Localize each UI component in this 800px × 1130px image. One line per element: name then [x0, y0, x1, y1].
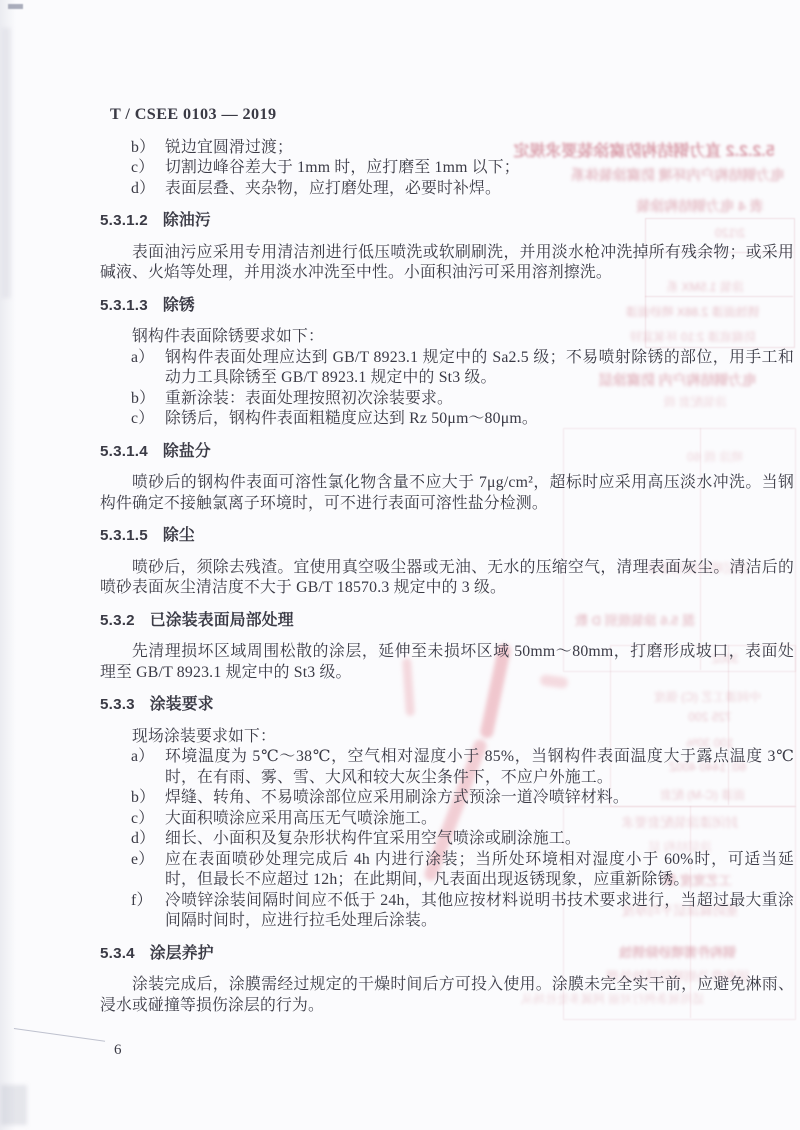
- list-item-label: a）: [131, 747, 165, 788]
- list-item-text: 锐边宜圆滑过渡；: [165, 138, 794, 159]
- paragraph: 钢构件表面除锈要求如下：: [100, 327, 794, 348]
- list-item-text: 焊缝、转角、不易喷涂部位应采用刷涂方式预涂一道冷喷锌材料。: [165, 788, 794, 809]
- list-item-label: d）: [131, 179, 165, 200]
- section-title: 除油污: [163, 212, 211, 229]
- list-item: a）钢构件表面处理应达到 GB/T 8923.1 规定中的 Sa2.5 级；不易…: [100, 348, 794, 389]
- section-heading: 5.3.3涂装要求: [100, 695, 794, 716]
- section-number: 5.3.3: [100, 696, 135, 713]
- scan-artifact-hairline: [14, 1028, 105, 1042]
- list-item-text: 重新涂装：表面处理按照初次涂装要求。: [165, 389, 794, 410]
- section-title: 涂层养护: [150, 945, 214, 962]
- section-number: 5.3.4: [100, 945, 135, 962]
- scan-artifact-smudge: [2, 28, 11, 298]
- section-number: 5.3.1.4: [100, 443, 148, 460]
- list-item: c）大面积喷涂应采用高压无气喷涂施工。: [100, 809, 794, 830]
- list-item-text: 大面积喷涂应采用高压无气喷涂施工。: [165, 809, 794, 830]
- list-item: b）焊缝、转角、不易喷涂部位应采用刷涂方式预涂一道冷喷锌材料。: [100, 788, 794, 809]
- list-item: c）除锈后，钢构件表面粗糙度应达到 Rz 50μm～80μm。: [100, 409, 794, 430]
- list-item-label: a）: [131, 348, 165, 389]
- list-item-label: d）: [131, 829, 165, 850]
- scan-artifact-smudge: [1, 1085, 27, 1125]
- document-content: T / CSEE 0103 — 2019 b）锐边宜圆滑过渡； c）切割边峰谷差…: [100, 104, 794, 1016]
- list-item-text: 环境温度为 5℃～38℃，空气相对湿度小于 85%，当钢构件表面温度大于露点温度…: [165, 747, 794, 788]
- section-heading: 5.3.1.2除油污: [100, 211, 794, 232]
- section-title: 已涂装表面局部处理: [150, 612, 294, 629]
- list-item-text: 冷喷锌涂装间隔时间应不低于 24h，其他应按材料说明书技术要求进行，当超过最大重…: [165, 891, 794, 932]
- list-item-text: 切割边峰谷差大于 1mm 时，应打磨至 1mm 以下；: [165, 158, 794, 179]
- section-heading: 5.3.2已涂装表面局部处理: [100, 611, 794, 632]
- section-number: 5.3.1.5: [100, 527, 148, 544]
- list-item: e）应在表面喷砂处理完成后 4h 内进行涂装；当所处环境相对湿度小于 60%时，…: [100, 850, 794, 891]
- scan-artifact-corner-mark: [8, 4, 23, 9]
- list-item-label: c）: [131, 158, 165, 179]
- list-item-label: c）: [131, 409, 165, 430]
- ordered-list: a）钢构件表面处理应达到 GB/T 8923.1 规定中的 Sa2.5 级；不易…: [100, 348, 794, 430]
- section-title: 涂装要求: [150, 696, 214, 713]
- standard-number-header: T / CSEE 0103 — 2019: [110, 104, 794, 125]
- list-item-text: 表面层叠、夹杂物，应打磨处理，必要时补焊。: [165, 179, 794, 200]
- list-item-text: 除锈后，钢构件表面粗糙度应达到 Rz 50μm～80μm。: [165, 409, 794, 430]
- scanned-document-page: 5.2.2.2 直力钢结构防腐涂装要求规定电力钢结构户内环境 防腐涂装体系表 4…: [0, 0, 800, 1130]
- list-item: d）表面层叠、夹杂物，应打磨处理，必要时补焊。: [100, 179, 794, 200]
- section-number: 5.3.1.2: [100, 212, 148, 229]
- list-item-text: 细长、小面积及复杂形状构件宜采用空气喷涂或刷涂施工。: [165, 829, 794, 850]
- section-heading: 5.3.4涂层养护: [100, 944, 794, 965]
- list-item-label: b）: [131, 788, 165, 809]
- section-title: 除锈: [163, 297, 195, 314]
- paragraph: 喷砂后的钢构件表面可溶性氯化物含量不应大于 7μg/cm²，超标时应采用高压淡水…: [100, 473, 794, 514]
- paragraph: 喷砂后，须除去残渣。宜使用真空吸尘器或无油、无水的压缩空气，清理表面灰尘。清洁后…: [100, 558, 794, 599]
- section-heading: 5.3.1.5除尘: [100, 526, 794, 547]
- list-item-label: e）: [131, 850, 165, 891]
- list-item-label: b）: [131, 138, 165, 159]
- list-item: b）重新涂装：表面处理按照初次涂装要求。: [100, 389, 794, 410]
- list-item-label: f）: [131, 891, 165, 932]
- list-item: f）冷喷锌涂装间隔时间应不低于 24h，其他应按材料说明书技术要求进行，当超过最…: [100, 891, 794, 932]
- list-item-text: 钢构件表面处理应达到 GB/T 8923.1 规定中的 Sa2.5 级；不易喷射…: [165, 348, 794, 389]
- list-item: b）锐边宜圆滑过渡；: [100, 138, 794, 159]
- paragraph: 表面油污应采用专用清洁剂进行低压喷洗或软刷刷洗，并用淡水枪冲洗掉所有残余物；或采…: [100, 243, 794, 284]
- section-number: 5.3.1.3: [100, 297, 148, 314]
- section-heading: 5.3.1.3除锈: [100, 296, 794, 317]
- ordered-list: b）锐边宜圆滑过渡； c）切割边峰谷差大于 1mm 时，应打磨至 1mm 以下；…: [100, 138, 794, 200]
- list-item-label: b）: [131, 389, 165, 410]
- list-item: c）切割边峰谷差大于 1mm 时，应打磨至 1mm 以下；: [100, 158, 794, 179]
- section-heading: 5.3.1.4除盐分: [100, 442, 794, 463]
- section-title: 除尘: [163, 527, 195, 544]
- paragraph: 先清理损坏区域周围松散的涂层，延伸至未损坏区域 50mm～80mm，打磨形成坡口…: [100, 642, 794, 683]
- list-item-label: c）: [131, 809, 165, 830]
- ordered-list: a）环境温度为 5℃～38℃，空气相对湿度小于 85%，当钢构件表面温度大于露点…: [100, 747, 794, 932]
- section-number: 5.3.2: [100, 612, 135, 629]
- paragraph: 涂装完成后，涂膜需经过规定的干燥时间后方可投入使用。涂膜未完全实干前，应避免淋雨…: [100, 975, 794, 1016]
- page-number: 6: [114, 1042, 122, 1059]
- list-item: d）细长、小面积及复杂形状构件宜采用空气喷涂或刷涂施工。: [100, 829, 794, 850]
- list-item-text: 应在表面喷砂处理完成后 4h 内进行涂装；当所处环境相对湿度小于 60%时，可适…: [165, 850, 794, 891]
- section-title: 除盐分: [163, 443, 211, 460]
- list-item: a）环境温度为 5℃～38℃，空气相对湿度小于 85%，当钢构件表面温度大于露点…: [100, 747, 794, 788]
- paragraph: 现场涂装要求如下：: [100, 727, 794, 748]
